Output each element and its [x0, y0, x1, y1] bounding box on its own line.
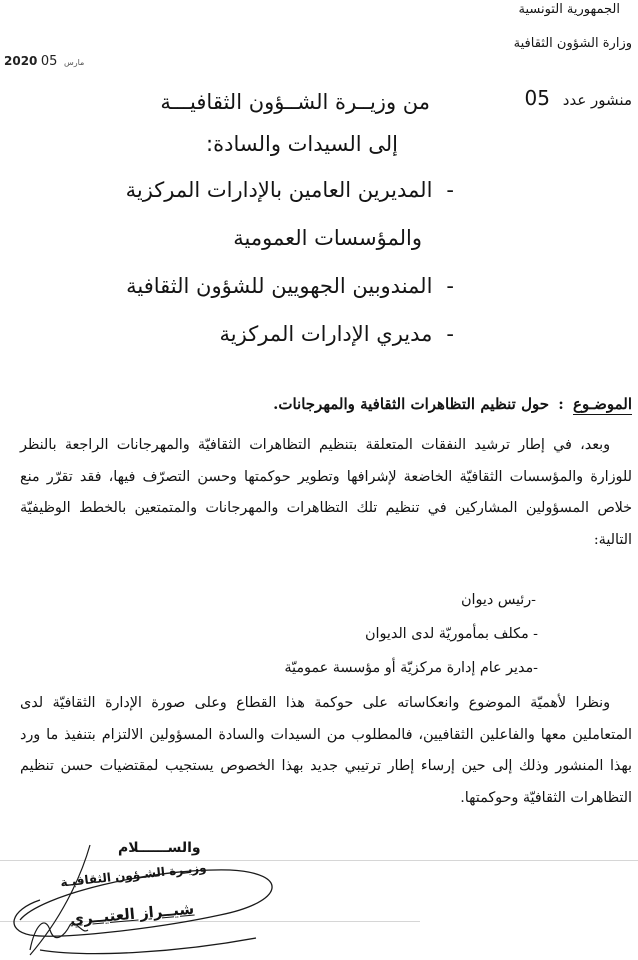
subject-label: الموضـوع — [573, 395, 632, 413]
addressee-bullet: - — [446, 274, 454, 298]
addressees-intro: إلى السيدات والسادة: — [206, 134, 398, 155]
body-paragraph-2: ونظرا لأهميّة الموضوع وانعكاساته على حوك… — [20, 688, 632, 814]
paragraph-text: وبعد، في إطار ترشيد النفقات المتعلقة بتن… — [20, 430, 632, 556]
addressee-bullet: - — [446, 322, 454, 346]
date-stamp-day: 05 — [41, 54, 58, 69]
addressee-text: والمؤسسات العمومية — [233, 226, 422, 250]
addressee-text: المندوبين الجهويين للشؤون الثقافية — [126, 274, 432, 298]
subject-line: الموضـوع : حول تنظيم التظاهرات الثقافية … — [273, 395, 632, 413]
position-item: - مكلف بمأموريّة لدى الديوان — [365, 626, 538, 642]
addressee-bullet: - — [446, 178, 454, 202]
position-item: -رئيس ديوان — [461, 592, 536, 608]
subject-separator: : — [558, 395, 564, 413]
addressee-text: المديرين العامين بالإدارات المركزية — [126, 178, 433, 202]
addressee-item: والمؤسسات العمومية — [233, 228, 422, 249]
addressee-item: -المديرين العامين بالإدارات المركزية — [126, 180, 454, 201]
signature-scribble — [0, 840, 290, 960]
position-item: -مدير عام إدارة مركزيّة أو مؤسسة عموميّة — [284, 660, 538, 676]
date-stamp-month: مارس — [64, 58, 84, 67]
circular-label: منشور عدد — [563, 91, 632, 109]
addressee-text: مديري الإدارات المركزية — [220, 322, 433, 346]
addressee-item: -مديري الإدارات المركزية — [220, 324, 454, 345]
date-stamp: 2020 مارس 05 — [4, 54, 87, 69]
circular-number: 05 — [525, 86, 550, 110]
body-paragraph-1: وبعد، في إطار ترشيد النفقات المتعلقة بتن… — [20, 430, 632, 556]
subject-text: حول تنظيم التظاهرات الثقافية والمهرجانات… — [273, 395, 549, 413]
addressee-item: -المندوبين الجهويين للشؤون الثقافية — [126, 276, 454, 297]
circular-number-line: منشور عدد 05 — [525, 86, 632, 110]
ministry-name: وزارة الشؤون الثقافية — [514, 36, 632, 51]
date-stamp-year: 2020 — [4, 54, 37, 68]
country-name: الجمهورية التونسية — [518, 2, 620, 17]
paragraph-text: ونظرا لأهميّة الموضوع وانعكاساته على حوك… — [20, 688, 632, 814]
sender-line: من وزيــرة الشــؤون الثقافيـــة — [160, 92, 430, 113]
